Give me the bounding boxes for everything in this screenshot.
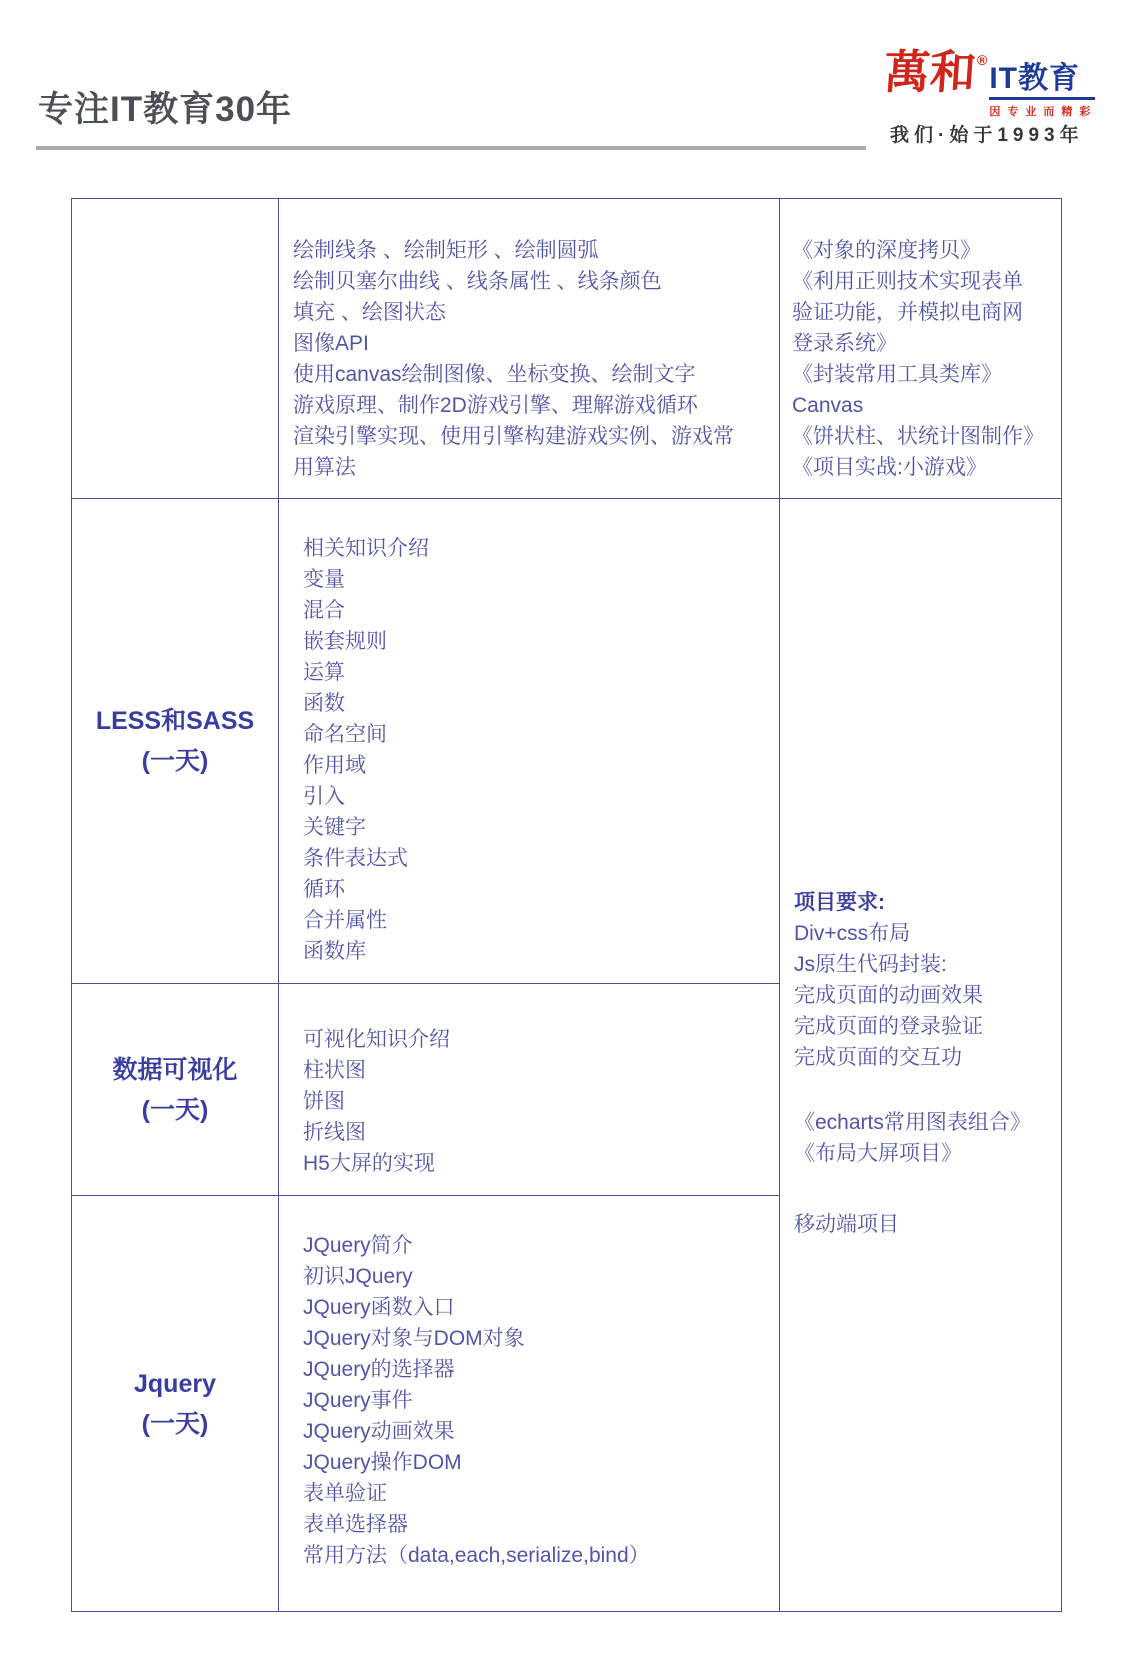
brand-logo: 萬和 ® IT教育 因专业而精彩 我们·始于1993年: [884, 46, 1129, 119]
course-duration: (一天): [142, 1090, 209, 1130]
text-line: 关键字: [303, 812, 779, 843]
text-line: 表单选择器: [303, 1509, 779, 1540]
text-line: 使用canvas绘制图像、坐标变换、绘制文字: [293, 359, 779, 390]
text-line: 登录系统》: [792, 328, 1061, 359]
spacer: [794, 1073, 1061, 1107]
text-line: 柱状图: [303, 1055, 779, 1086]
project-footer: 移动端项目: [794, 1209, 1061, 1240]
text-line: 《echarts常用图表组合》: [794, 1107, 1061, 1138]
text-line: Canvas: [792, 390, 1061, 421]
text-line: 图像API: [293, 328, 779, 359]
text-line: 折线图: [303, 1117, 779, 1148]
text-line: 作用域: [303, 750, 779, 781]
text-line: 条件表达式: [303, 843, 779, 874]
course-cell-empty: [72, 199, 279, 499]
page: { "header": { "title": "专注IT教育30年", "log…: [0, 0, 1133, 1667]
text-line: 完成页面的动画效果: [794, 980, 1061, 1011]
text-line: Js原生代码封装:: [794, 949, 1061, 980]
text-line: 合并属性: [303, 905, 779, 936]
brand-subtitle: IT教育: [989, 64, 1097, 94]
course-cell-less-sass: LESS和SASS (一天): [72, 499, 279, 984]
brand-tagline: 因专业而精彩: [989, 103, 1097, 119]
topics-cell-less-sass: 相关知识介绍变量混合嵌套规则运算函数命名空间作用域引入关键字条件表达式循环合并属…: [279, 499, 780, 984]
projects-cell-merged: 项目要求: Div+css布局Js原生代码封装:完成页面的动画效果完成页面的登录…: [780, 499, 1061, 1611]
brand-right: IT教育 因专业而精彩: [989, 64, 1097, 119]
brand-logo-row: 萬和 ® IT教育 因专业而精彩: [884, 46, 1129, 119]
text-line: 《对象的深度拷贝》: [792, 235, 1061, 266]
text-line: JQuery函数入口: [303, 1292, 779, 1323]
text-line: 表单验证: [303, 1478, 779, 1509]
text-line: 运算: [303, 657, 779, 688]
text-line: 填充 、绘图状态: [293, 297, 779, 328]
topics-cell-canvas: 绘制线条 、绘制矩形 、绘制圆弧绘制贝塞尔曲线 、线条属性 、线条颜色填充 、绘…: [279, 199, 780, 499]
text-line: 《项目实战:小游戏》: [792, 452, 1061, 483]
text-line: 《封装常用工具类库》: [792, 359, 1061, 390]
text-line: 绘制线条 、绘制矩形 、绘制圆弧: [293, 235, 779, 266]
text-line: 游戏原理、制作2D游戏引擎、理解游戏循环: [293, 390, 779, 421]
registered-mark-icon: ®: [977, 50, 987, 70]
text-line: 渲染引擎实现、使用引擎构建游戏实例、游戏常: [293, 421, 779, 452]
text-line: 可视化知识介绍: [303, 1024, 779, 1055]
text-line: JQuery简介: [303, 1230, 779, 1261]
text-line: Div+css布局: [794, 918, 1061, 949]
page-title: 专注IT教育30年: [38, 82, 292, 132]
projects-cell-canvas: 《对象的深度拷贝》《利用正则技术实现表单验证功能，并模拟电商网登录系统》《封装常…: [780, 199, 1061, 499]
text-line: JQuery事件: [303, 1385, 779, 1416]
text-line: 《利用正则技术实现表单: [792, 266, 1061, 297]
text-line: 初识JQuery: [303, 1261, 779, 1292]
text-line: 嵌套规则: [303, 626, 779, 657]
text-line: 验证功能，并模拟电商网: [792, 297, 1061, 328]
course-name: LESS和SASS: [96, 701, 254, 741]
topics-cell-data-viz: 可视化知识介绍柱状图饼图折线图H5大屏的实现: [279, 984, 780, 1196]
text-line: 循环: [303, 874, 779, 905]
text-line: H5大屏的实现: [303, 1148, 779, 1179]
course-duration: (一天): [142, 1404, 209, 1444]
brand-name: 萬和: [882, 46, 978, 98]
project-books-list: 《echarts常用图表组合》《布局大屏项目》: [794, 1107, 1061, 1169]
brand-divider: [989, 97, 1095, 100]
course-cell-data-viz: 数据可视化 (一天): [72, 984, 279, 1196]
text-line: 命名空间: [303, 719, 779, 750]
text-line: 绘制贝塞尔曲线 、线条属性 、线条颜色: [293, 266, 779, 297]
text-line: 《饼状柱、状统计图制作》: [792, 421, 1061, 452]
course-cell-jquery: Jquery (一天): [72, 1196, 279, 1611]
curriculum-table: 绘制线条 、绘制矩形 、绘制圆弧绘制贝塞尔曲线 、线条属性 、线条颜色填充 、绘…: [71, 198, 1062, 1612]
text-line: JQuery的选择器: [303, 1354, 779, 1385]
brand-slogan: 我们·始于1993年: [890, 120, 1084, 147]
text-line: 混合: [303, 595, 779, 626]
course-name: 数据可视化: [112, 1050, 237, 1090]
project-requirements-list: Div+css布局Js原生代码封装:完成页面的动画效果完成页面的登录验证完成页面…: [794, 918, 1061, 1073]
text-line: 完成页面的登录验证: [794, 1011, 1061, 1042]
course-duration: (一天): [142, 741, 209, 781]
project-requirements-heading: 项目要求:: [794, 887, 1061, 918]
text-line: 《布局大屏项目》: [794, 1138, 1061, 1169]
course-name: Jquery: [134, 1364, 216, 1404]
text-line: 完成页面的交互功: [794, 1042, 1061, 1073]
text-line: JQuery操作DOM: [303, 1447, 779, 1478]
text-line: 函数库: [303, 936, 779, 967]
text-line: JQuery动画效果: [303, 1416, 779, 1447]
text-line: 饼图: [303, 1086, 779, 1117]
text-line: 常用方法（data,each,serialize,bind）: [303, 1540, 779, 1571]
text-line: 变量: [303, 564, 779, 595]
spacer: [794, 1169, 1061, 1209]
text-line: 用算法: [293, 452, 779, 483]
text-line: 相关知识介绍: [303, 533, 779, 564]
text-line: 引入: [303, 781, 779, 812]
text-line: JQuery对象与DOM对象: [303, 1323, 779, 1354]
text-line: 函数: [303, 688, 779, 719]
header-rule: [36, 146, 866, 150]
topics-cell-jquery: JQuery简介初识JQueryJQuery函数入口JQuery对象与DOM对象…: [279, 1196, 780, 1611]
